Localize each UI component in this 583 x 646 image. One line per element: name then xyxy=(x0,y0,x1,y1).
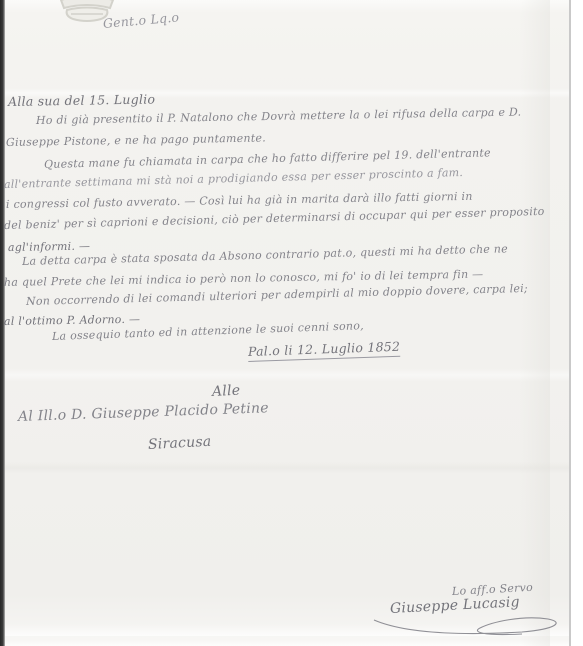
scan-margin xyxy=(571,0,583,646)
signature-flourish-icon xyxy=(372,606,572,640)
salutation-line: Alla sua del 15. Luglio xyxy=(8,93,155,108)
dateline: Pal.o li 12. Luglio 1852 xyxy=(248,341,401,359)
scanned-letter-page: Gent.o Lq.o Alla sua del 15. Luglio Ho d… xyxy=(0,0,583,646)
address-line-recipient-intro: Alle xyxy=(212,384,241,399)
body-line: al l'ottimo P. Adorno. — xyxy=(4,314,140,327)
address-line-city: Siracusa xyxy=(148,435,212,452)
body-line: agl'informi. — xyxy=(8,241,90,253)
